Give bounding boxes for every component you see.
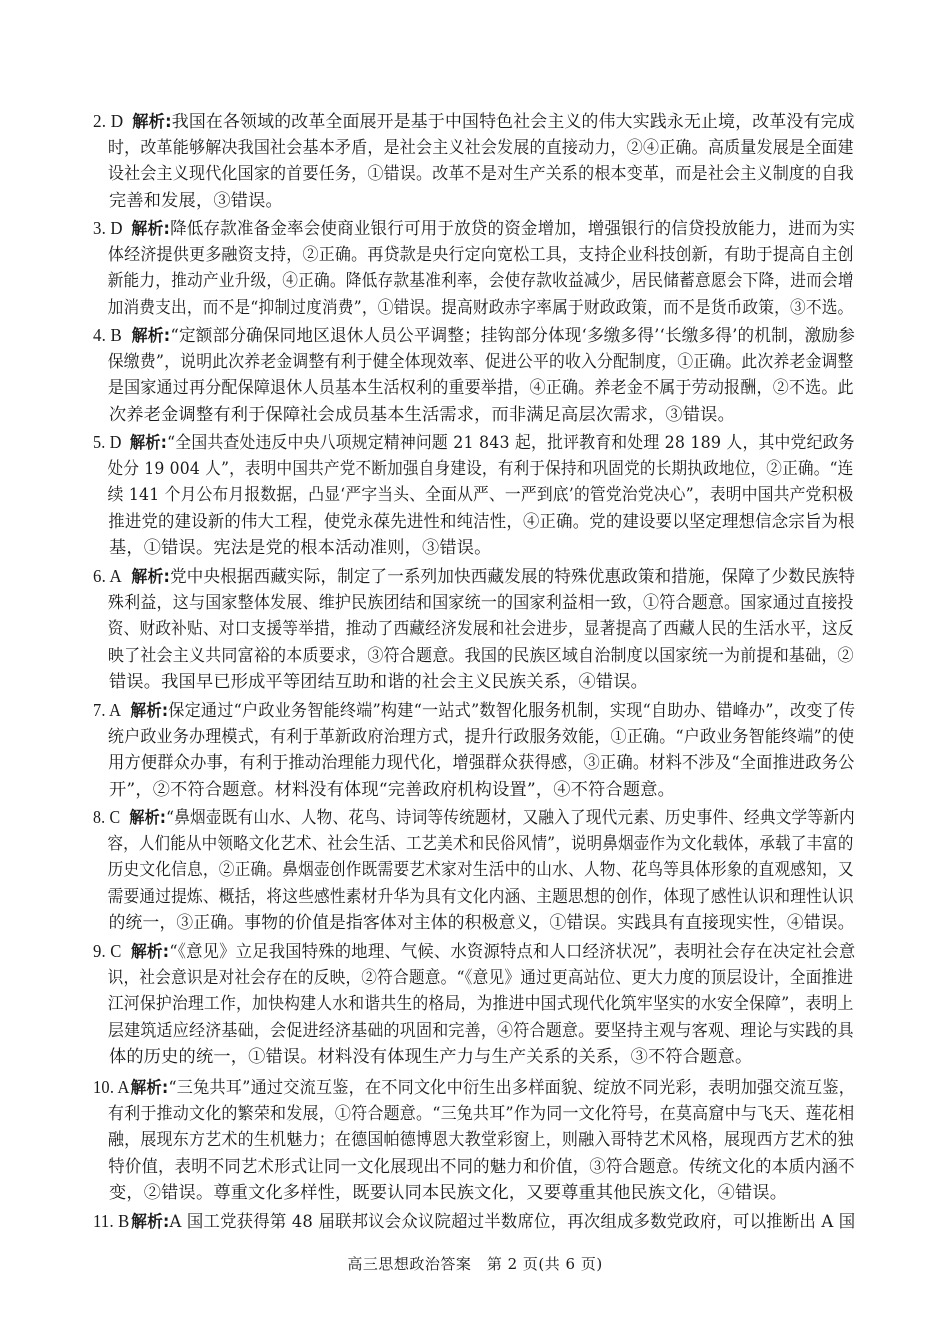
answer-text: 次养老金调整有利于保障社会成员基本生活需求，而非满足高层次需求，③错误。 [109, 405, 735, 425]
answer-line: 4. B解析:“定额部分确保同地区退休人员公平调整；挂钩部分体现‘多缴多得’‘长… [93, 322, 828, 349]
answer-line: 保缴费”，说明此次养老金调整有利于健全体现效率、促进公平的收入分配制度，①正确。… [93, 349, 796, 376]
question-number: 3. D [93, 215, 131, 242]
answer-text: A 国工党获得第 48 届联邦议会众议院超过半数席位，再次组成多数党政府，可以推… [169, 1212, 855, 1232]
answer-line: 变，②错误。尊重文化多样性，既要认同本民族文化，又要尊重其他民族文化，④错误。 [93, 1180, 855, 1207]
question-number: 9. C [93, 938, 131, 965]
answer-text: 特价值，表明不同艺术形式让同一文化展现出不同的魅力和价值，③符合题意。传统文化的… [108, 1157, 854, 1177]
answer-line: 2. D解析:我国在各领域的改革全面展开是基于中国特色社会主义的伟大实践永无止境… [93, 108, 841, 135]
answer-text: 党中央根据西藏实际，制定了一系列加快西藏发展的特殊优惠政策和措施，保障了少数民族… [170, 567, 855, 587]
answer-text: 容，人们能从中领略文化艺术、社会生活、工艺美术和民俗风情”，说明鼻烟壶作为文化载… [107, 834, 853, 854]
answer-line: 历史文化信息，②正确。鼻烟壶创作既需要艺术家对生活中的山水、人物、花鸟等具体形象… [93, 857, 789, 884]
answer-text: 新能力，推动产业升级，④正确。降低存款基准利率，会使存款收益减少，居民储蓄意愿会… [108, 271, 854, 291]
question-number: 11. B [93, 1208, 131, 1235]
answer-text: 续 141 个月公布月报数据，凸显‘严字当头、全面从严、一严到底’的管党治党决心… [108, 485, 854, 505]
answer-item: 8. C解析:“鼻烟壶既有山水、人物、花鸟、诗词等传统题材，又融入了现代元素、历… [93, 804, 855, 937]
answer-text: 错误。我国早已形成平等团结互助和谐的社会主义民族关系，④错误。 [109, 672, 648, 692]
answer-text: 保定通过“户政业务智能终端”构建“一站式”数智化服务机制，实现“自助办、错峰办”… [168, 701, 855, 721]
answer-item: 7. A解析:保定通过“户政业务智能终端”构建“一站式”数智化服务机制，实现“自… [93, 697, 855, 803]
answer-line: 7. A解析:保定通过“户政业务智能终端”构建“一站式”数智化服务机制，实现“自… [93, 697, 808, 724]
answer-line: 3. D解析:降低存款准备金率会使商业银行可用于放贷的资金增加，增强银行的信贷投… [93, 215, 825, 242]
answer-text: “定额部分确保同地区退休人员公平调整；挂钩部分体现‘多缴多得’‘长缴多得’的机制… [170, 326, 855, 346]
answer-text: 殊利益，这与国家整体发展、维护民族团结和国家统一的国家利益相一致，①符合题意。国… [108, 593, 854, 613]
answer-line: 用方便群众办事，有利于推动治理能力现代化，增强群众获得感，③正确。材料不涉及“全… [93, 750, 812, 777]
answer-line: 11. B解析:A 国工党获得第 48 届联邦议会众议院超过半数席位，再次组成多… [93, 1208, 820, 1235]
analysis-label: 解析: [131, 1078, 169, 1097]
answer-text: 我国在各领域的改革全面展开是基于中国特色社会主义的伟大实践永无止境，改革没有完成 [172, 112, 855, 132]
answer-text: 处分 19 004 人”，表明中国共产党不断加强自身建设，有利于保持和巩固党的长… [108, 459, 854, 479]
answer-line: 错误。我国早已形成平等团结互助和谐的社会主义民族关系，④错误。 [93, 669, 855, 696]
answer-line: 殊利益，这与国家整体发展、维护民族团结和国家统一的国家利益相一致，①符合题意。国… [93, 590, 804, 617]
analysis-label: 解析: [132, 112, 171, 131]
answer-line: 容，人们能从中领略文化艺术、社会生活、工艺美术和民俗风情”，说明鼻烟壶作为文化载… [93, 831, 781, 858]
answer-line: 完善和发展，③错误。 [93, 188, 855, 215]
answer-text: “《意见》立足我国特殊的地理、气候、水资源特点和人口经济状况”，表明社会存在决定… [169, 942, 855, 962]
answer-line: 加消费支出，而不是“抑制过度消费”，①错误。提高财政赤字率属于财政政策，而不是货… [93, 295, 788, 322]
answer-text: 映了社会主义共同富裕的本质要求，③符合题意。我国的民族区域自治制度以国家统一为前… [108, 646, 854, 666]
answer-text: 融，展现东方艺术的生机魅力；在德国帕德博恩大教堂彩窗上，则融入哥特艺术风格，展现… [108, 1130, 854, 1150]
question-number: 8. C [93, 804, 129, 831]
answer-line: 识，社会意识是对社会存在的反映，②符合题意。“《意见》通过更高站位、更大力度的顶… [93, 965, 788, 992]
answer-line: 设社会主义现代化国家的首要任务，①错误。改革不是对生产关系的根本变革，而是社会主… [93, 161, 804, 188]
answer-line: 映了社会主义共同富裕的本质要求，③符合题意。我国的民族区域自治制度以国家统一为前… [93, 643, 804, 670]
analysis-label: 解析: [129, 808, 166, 827]
answer-text: 推进党的建设新的伟大工程，使党永葆先进性和纯洁性，④正确。党的建设要以坚定理想信… [108, 512, 854, 532]
analysis-label: 解析: [131, 942, 169, 961]
answer-line: 有利于推动文化的繁荣和发展，①符合题意。“三兔共耳”作为同一文化符号，在莫高窟中… [93, 1101, 804, 1128]
answer-text: 开”，②不符合题意。材料没有体现“完善政府机构设置”，④不符合题意。 [109, 780, 675, 800]
answer-line: 8. C解析:“鼻烟壶既有山水、人物、花鸟、诗词等传统题材，又融入了现代元素、历… [93, 804, 787, 831]
answer-item: 10. A解析:“三兔共耳”通过交流互鉴，在不同文化中衍生出多样面貌、绽放不同光… [93, 1074, 855, 1207]
answer-text: “鼻烟壶既有山水、人物、花鸟、诗词等传统题材，又融入了现代元素、历史事件、经典文… [166, 808, 855, 828]
answer-text: “三兔共耳”通过交流互鉴，在不同文化中衍生出多样面貌、绽放不同光彩，表明加强交流… [168, 1078, 855, 1098]
answer-line: 资、财政补贴、对口支援等举措，推动了西藏经济发展和社会进步，显著提高了西藏人民的… [93, 616, 789, 643]
answer-text: 变，②错误。尊重文化多样性，既要认同本民族文化，又要尊重其他民族文化，④错误。 [109, 1183, 787, 1203]
answer-text: 降低存款准备金率会使商业银行可用于放贷的资金增加，增强银行的信贷投放能力，进而为… [170, 219, 855, 239]
answer-line: 次养老金调整有利于保障社会成员基本生活需求，而非满足高层次需求，③错误。 [93, 402, 855, 429]
analysis-label: 解析: [130, 433, 167, 452]
question-number: 6. A [93, 563, 131, 590]
answer-text: 基，①错误。宪法是党的根本活动准则，③错误。 [109, 538, 492, 558]
answer-item: 6. A解析:党中央根据西藏实际，制定了一系列加快西藏发展的特殊优惠政策和措施，… [93, 563, 855, 696]
answer-line: 需要通过提炼、概括，将这些感性素材升华为具有文化内涵、主题思想的创作，体现了感性… [93, 884, 789, 911]
answer-line: 融，展现东方艺术的生机魅力；在德国帕德博恩大教堂彩窗上，则融入哥特艺术风格，展现… [93, 1127, 804, 1154]
answer-line: 10. A解析:“三兔共耳”通过交流互鉴，在不同文化中衍生出多样面貌、绽放不同光… [93, 1074, 809, 1101]
question-number: 4. B [93, 322, 132, 349]
answer-text: 时，改革能够解决我国社会基本矛盾，是社会主义社会发展的直接动力，②④正确。高质量… [108, 138, 854, 158]
answer-item: 4. B解析:“定额部分确保同地区退休人员公平调整；挂钩部分体现‘多缴多得’‘长… [93, 322, 855, 428]
answer-line: 统户政业务办理模式，有利于革新政府治理方式，提升行政服务效能，①正确。“户政业务… [93, 724, 804, 751]
answer-line: 体经济提供更多融资支持，②正确。再贷款是央行定向宽松工具，支持企业科技创新，有助… [93, 242, 804, 269]
question-number: 10. A [93, 1074, 131, 1101]
answer-text: 江河保护治理工作，加快构建人水和谐共生的格局，为推进中国式现代化筑牢坚实的水安全… [108, 994, 854, 1014]
analysis-label: 解析: [132, 326, 171, 345]
answer-text: 有利于推动文化的繁荣和发展，①符合题意。“三兔共耳”作为同一文化符号，在莫高窟中… [108, 1104, 854, 1124]
question-number: 5. D [93, 429, 130, 456]
answer-text: 完善和发展，③错误。 [109, 191, 283, 211]
answer-text: 体经济提供更多融资支持，②正确。再贷款是央行定向宽松工具，支持企业科技创新，有助… [108, 245, 854, 265]
answer-text: 用方便群众办事，有利于推动治理能力现代化，增强群众获得感，③正确。材料不涉及“全… [108, 753, 854, 773]
answer-text: 体的历史的统一，①错误。材料没有体现生产力与生产关系的关系，③不符合题意。 [109, 1047, 752, 1067]
answer-line: 处分 19 004 人”，表明中国共产党不断加强自身建设，有利于保持和巩固党的长… [93, 456, 785, 483]
answer-text: 统户政业务办理模式，有利于革新政府治理方式，提升行政服务效能，①正确。“户政业务… [108, 727, 854, 747]
answer-line: 9. C解析:“《意见》立足我国特殊的地理、气候、水资源特点和人口经济状况”，表… [93, 938, 817, 965]
answer-line: 开”，②不符合题意。材料没有体现“完善政府机构设置”，④不符合题意。 [93, 777, 855, 804]
answer-text: 历史文化信息，②正确。鼻烟壶创作既需要艺术家对生活中的山水、人物、花鸟等具体形象… [108, 860, 854, 880]
answer-line: 的统一，③正确。事物的价值是指客体对主体的积极意义，①错误。实践具有直接现实性，… [93, 910, 836, 937]
answer-text: 加消费支出，而不是“抑制过度消费”，①错误。提高财政赤字率属于财政政策，而不是货… [108, 298, 854, 318]
question-number: 7. A [93, 697, 131, 724]
analysis-label: 解析: [131, 567, 170, 586]
answer-text: 设社会主义现代化国家的首要任务，①错误。改革不是对生产关系的根本变革，而是社会主… [108, 164, 854, 184]
analysis-label: 解析: [131, 219, 170, 238]
answer-item: 5. D解析:“全国共查处违反中央八项规定精神问题 21 843 起，批评教育和… [93, 429, 855, 562]
answer-line: 推进党的建设新的伟大工程，使党永葆先进性和纯洁性，④正确。党的建设要以坚定理想信… [93, 509, 820, 536]
analysis-label: 解析: [131, 701, 169, 720]
answer-text: 保缴费”，说明此次养老金调整有利于健全体现效率、促进公平的收入分配制度，①正确。… [108, 352, 854, 372]
answer-line: 江河保护治理工作，加快构建人水和谐共生的格局，为推进中国式现代化筑牢坚实的水安全… [93, 991, 796, 1018]
answer-line: 基，①错误。宪法是党的根本活动准则，③错误。 [93, 535, 855, 562]
analysis-label: 解析: [131, 1212, 169, 1231]
answer-line: 5. D解析:“全国共查处违反中央八项规定精神问题 21 843 起，批评教育和… [93, 429, 796, 456]
answer-text: 识，社会意识是对社会存在的反映，②符合题意。“《意见》通过更高站位、更大力度的顶… [108, 968, 854, 988]
question-number: 2. D [93, 108, 132, 135]
answer-item: 2. D解析:我国在各领域的改革全面展开是基于中国特色社会主义的伟大实践永无止境… [93, 108, 855, 214]
answer-line: 时，改革能够解决我国社会基本矛盾，是社会主义社会发展的直接动力，②④正确。高质量… [93, 135, 804, 162]
answer-item: 11. B解析:A 国工党获得第 48 届联邦议会众议院超过半数席位，再次组成多… [93, 1208, 855, 1235]
answer-line: 续 141 个月公布月报数据，凸显‘严字当头、全面从严、一严到底’的管党治党决心… [93, 482, 792, 509]
answer-line: 层建筑适应经济基础，会促进经济基础的巩固和完善，④符合题意。要坚持主观与客观、理… [93, 1018, 804, 1045]
answer-text: 资、财政补贴、对口支援等举措，推动了西藏经济发展和社会进步，显著提高了西藏人民的… [108, 619, 854, 639]
answer-line: 6. A解析:党中央根据西藏实际，制定了一系列加快西藏发展的特殊优惠政策和措施，… [93, 563, 825, 590]
answer-item: 9. C解析:“《意见》立足我国特殊的地理、气候、水资源特点和人口经济状况”，表… [93, 938, 855, 1071]
answer-line: 体的历史的统一，①错误。材料没有体现生产力与生产关系的关系，③不符合题意。 [93, 1044, 855, 1071]
answer-page: 2. D解析:我国在各领域的改革全面展开是基于中国特色社会主义的伟大实践永无止境… [0, 0, 950, 1344]
answer-item: 3. D解析:降低存款准备金率会使商业银行可用于放贷的资金增加，增强银行的信贷投… [93, 215, 855, 321]
answer-text: 层建筑适应经济基础，会促进经济基础的巩固和完善，④符合题意。要坚持主观与客观、理… [108, 1021, 854, 1041]
answer-text: 是国家通过再分配保障退休人员基本生活权利的重要举措，④正确。养老金不属于劳动报酬… [108, 378, 854, 398]
answer-line: 新能力，推动产业升级，④正确。降低存款基准利率，会使存款收益减少，居民储蓄意愿会… [93, 268, 789, 295]
answer-line: 是国家通过再分配保障退休人员基本生活权利的重要举措，④正确。养老金不属于劳动报酬… [93, 375, 804, 402]
answer-text: 需要通过提炼、概括，将这些感性素材升华为具有文化内涵、主题思想的创作，体现了感性… [108, 887, 854, 907]
answer-text: 的统一，③正确。事物的价值是指客体对主体的积极意义，①错误。实践具有直接现实性，… [109, 913, 855, 933]
page-footer: 高三思想政治答案 第 2 页(共 6 页) [0, 1253, 950, 1274]
answer-text: “全国共查处违反中央八项规定精神问题 21 843 起，批评教育和处理 28 1… [167, 433, 855, 453]
answer-line: 特价值，表明不同艺术形式让同一文化展现出不同的魅力和价值，③符合题意。传统文化的… [93, 1154, 820, 1181]
